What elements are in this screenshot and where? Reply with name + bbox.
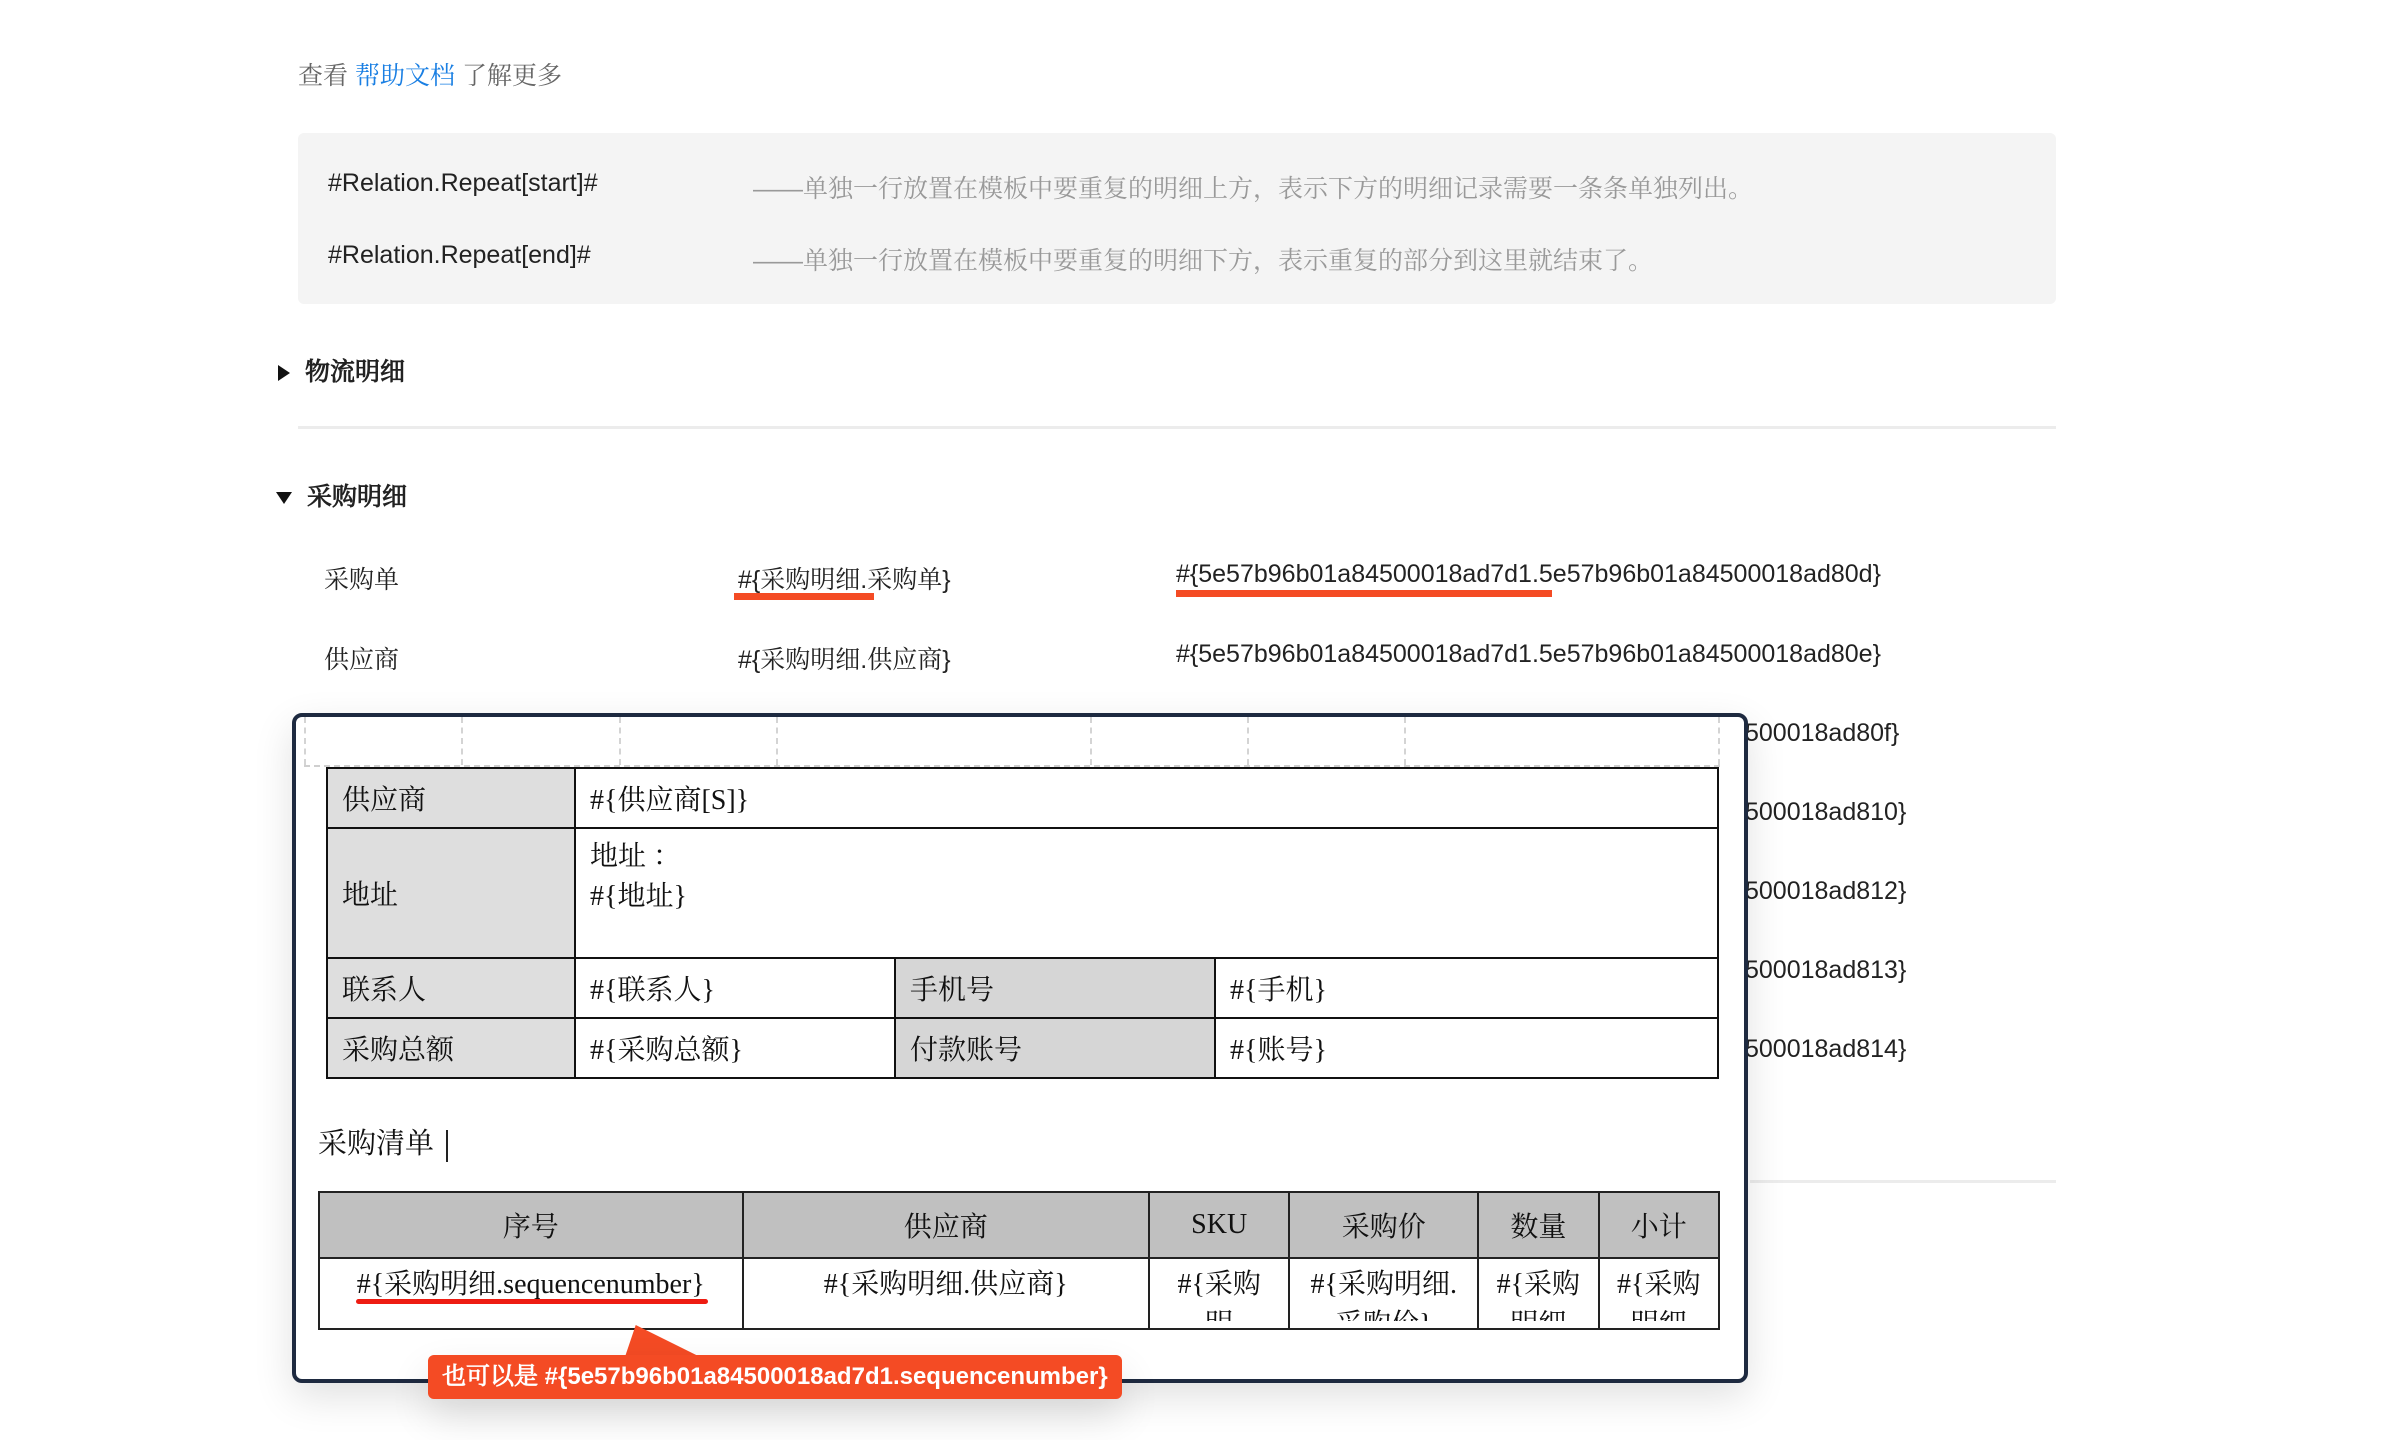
caret-down-icon	[276, 492, 292, 504]
help-line: 查看 帮助文档 了解更多	[298, 56, 562, 92]
section-divider	[1750, 1180, 2056, 1183]
callout-tooltip: 也可以是 #{5e57b96b01a84500018ad7d1.sequence…	[428, 1355, 1122, 1399]
section-purchase-toggle[interactable]: 采购明细	[276, 477, 407, 513]
section-title: 物流明细	[305, 358, 405, 386]
field-expression[interactable]: #{采购明细.供应商}	[738, 640, 951, 676]
cell-text: #{采购明细.sequencenumber}	[321, 1265, 741, 1321]
syntax-row: #Relation.Repeat[start]# ——单独一行放置在模板中要重复…	[328, 169, 598, 198]
field-label: 采购单	[324, 560, 399, 596]
table-cell: #{采购明细.供应商}	[743, 1258, 1149, 1329]
info-label: 供应商	[327, 768, 575, 828]
highlight-underline	[1176, 590, 1552, 597]
info-label: 采购总额	[327, 1018, 575, 1078]
help-prefix: 查看	[298, 62, 348, 90]
info-value-address: 地址 ： #{地址}	[575, 828, 1718, 958]
info-label: 手机号	[895, 958, 1215, 1018]
column-header: 数量	[1478, 1192, 1598, 1258]
list-title-text: 采购清单	[318, 1128, 434, 1160]
syntax-code: #Relation.Repeat[start]#	[328, 169, 598, 197]
field-identifier-partial: 500018ad812}	[1745, 877, 1906, 906]
field-label: 供应商	[324, 640, 399, 676]
info-value: #{采购总额}	[575, 1018, 895, 1078]
cell-text: #{采购 明细	[1480, 1265, 1596, 1321]
section-title: 采购明细	[307, 483, 407, 511]
info-label: 付款账号	[895, 1018, 1215, 1078]
table-row: #{采购明细.sequencenumber}#{采购明细.供应商}#{采购 明#…	[319, 1258, 1719, 1329]
template-preview: 供应商 #{供应商[S]} 地址 地址 ： #{地址} 联系人 #{联系人} 手…	[292, 713, 1748, 1383]
table-cell: #{采购 明	[1149, 1258, 1290, 1329]
info-label: 联系人	[327, 958, 575, 1018]
help-suffix: 了解更多	[462, 62, 562, 90]
repeat-syntax-box: #Relation.Repeat[start]# ——单独一行放置在模板中要重复…	[298, 133, 2056, 304]
table-cell: #{采购 明细	[1599, 1258, 1719, 1329]
cell-text: #{采购 明细	[1601, 1265, 1717, 1321]
ruler-grid	[304, 717, 1720, 767]
field-expression[interactable]: #{采购明细.采购单}	[738, 560, 951, 596]
purchase-list-title: 采购清单	[318, 1121, 448, 1162]
syntax-code: #Relation.Repeat[end]#	[328, 241, 591, 269]
address-line: #{地址}	[590, 877, 1703, 917]
field-identifier-partial: 500018ad80f}	[1745, 719, 1899, 748]
field-identifier-partial: 500018ad810}	[1745, 798, 1906, 827]
info-value: #{联系人}	[575, 958, 895, 1018]
field-identifier[interactable]: #{5e57b96b01a84500018ad7d1.5e57b96b01a84…	[1176, 640, 1881, 669]
syntax-desc: ——单独一行放置在模板中要重复的明细下方，表示重复的部分到这里就结束了。	[753, 241, 1653, 277]
column-header: 小计	[1599, 1192, 1719, 1258]
column-header: 序号	[319, 1192, 743, 1258]
section-divider	[298, 426, 2056, 429]
field-identifier-partial: 500018ad813}	[1745, 956, 1906, 985]
cell-text: #{采购明细. 采购价}	[1291, 1265, 1476, 1321]
highlight-underline	[356, 1299, 708, 1304]
table-cell: #{采购 明细	[1478, 1258, 1598, 1329]
highlight-underline	[734, 593, 874, 600]
cell-text: #{采购明细.供应商}	[745, 1265, 1147, 1321]
address-line: 地址 ：	[590, 837, 1703, 877]
text-cursor	[446, 1130, 448, 1162]
info-value: #{供应商[S]}	[575, 768, 1718, 828]
supplier-info-table: 供应商 #{供应商[S]} 地址 地址 ： #{地址} 联系人 #{联系人} 手…	[326, 767, 1719, 1079]
column-header: 供应商	[743, 1192, 1149, 1258]
info-label: 地址	[327, 828, 575, 958]
syntax-desc: ——单独一行放置在模板中要重复的明细上方，表示下方的明细记录需要一条条单独列出。	[753, 169, 1753, 205]
purchase-items-table: 序号供应商SKU采购价数量小计 #{采购明细.sequencenumber}#{…	[318, 1191, 1720, 1330]
info-value: #{手机}	[1215, 958, 1718, 1018]
cell-text: #{采购 明	[1151, 1265, 1288, 1321]
section-logistics-toggle[interactable]: 物流明细	[278, 352, 405, 388]
column-header: 采购价	[1289, 1192, 1478, 1258]
table-cell: #{采购明细.sequencenumber}	[319, 1258, 743, 1329]
field-identifier[interactable]: #{5e57b96b01a84500018ad7d1.5e57b96b01a84…	[1176, 560, 1881, 589]
info-value: #{账号}	[1215, 1018, 1718, 1078]
column-header: SKU	[1149, 1192, 1290, 1258]
table-cell: #{采购明细. 采购价}	[1289, 1258, 1478, 1329]
help-doc-link[interactable]: 帮助文档	[355, 62, 455, 90]
syntax-row: #Relation.Repeat[end]# ——单独一行放置在模板中要重复的明…	[328, 241, 591, 270]
caret-right-icon	[278, 365, 290, 381]
table-header-row: 序号供应商SKU采购价数量小计	[319, 1192, 1719, 1258]
field-identifier-partial: 500018ad814}	[1745, 1035, 1906, 1064]
